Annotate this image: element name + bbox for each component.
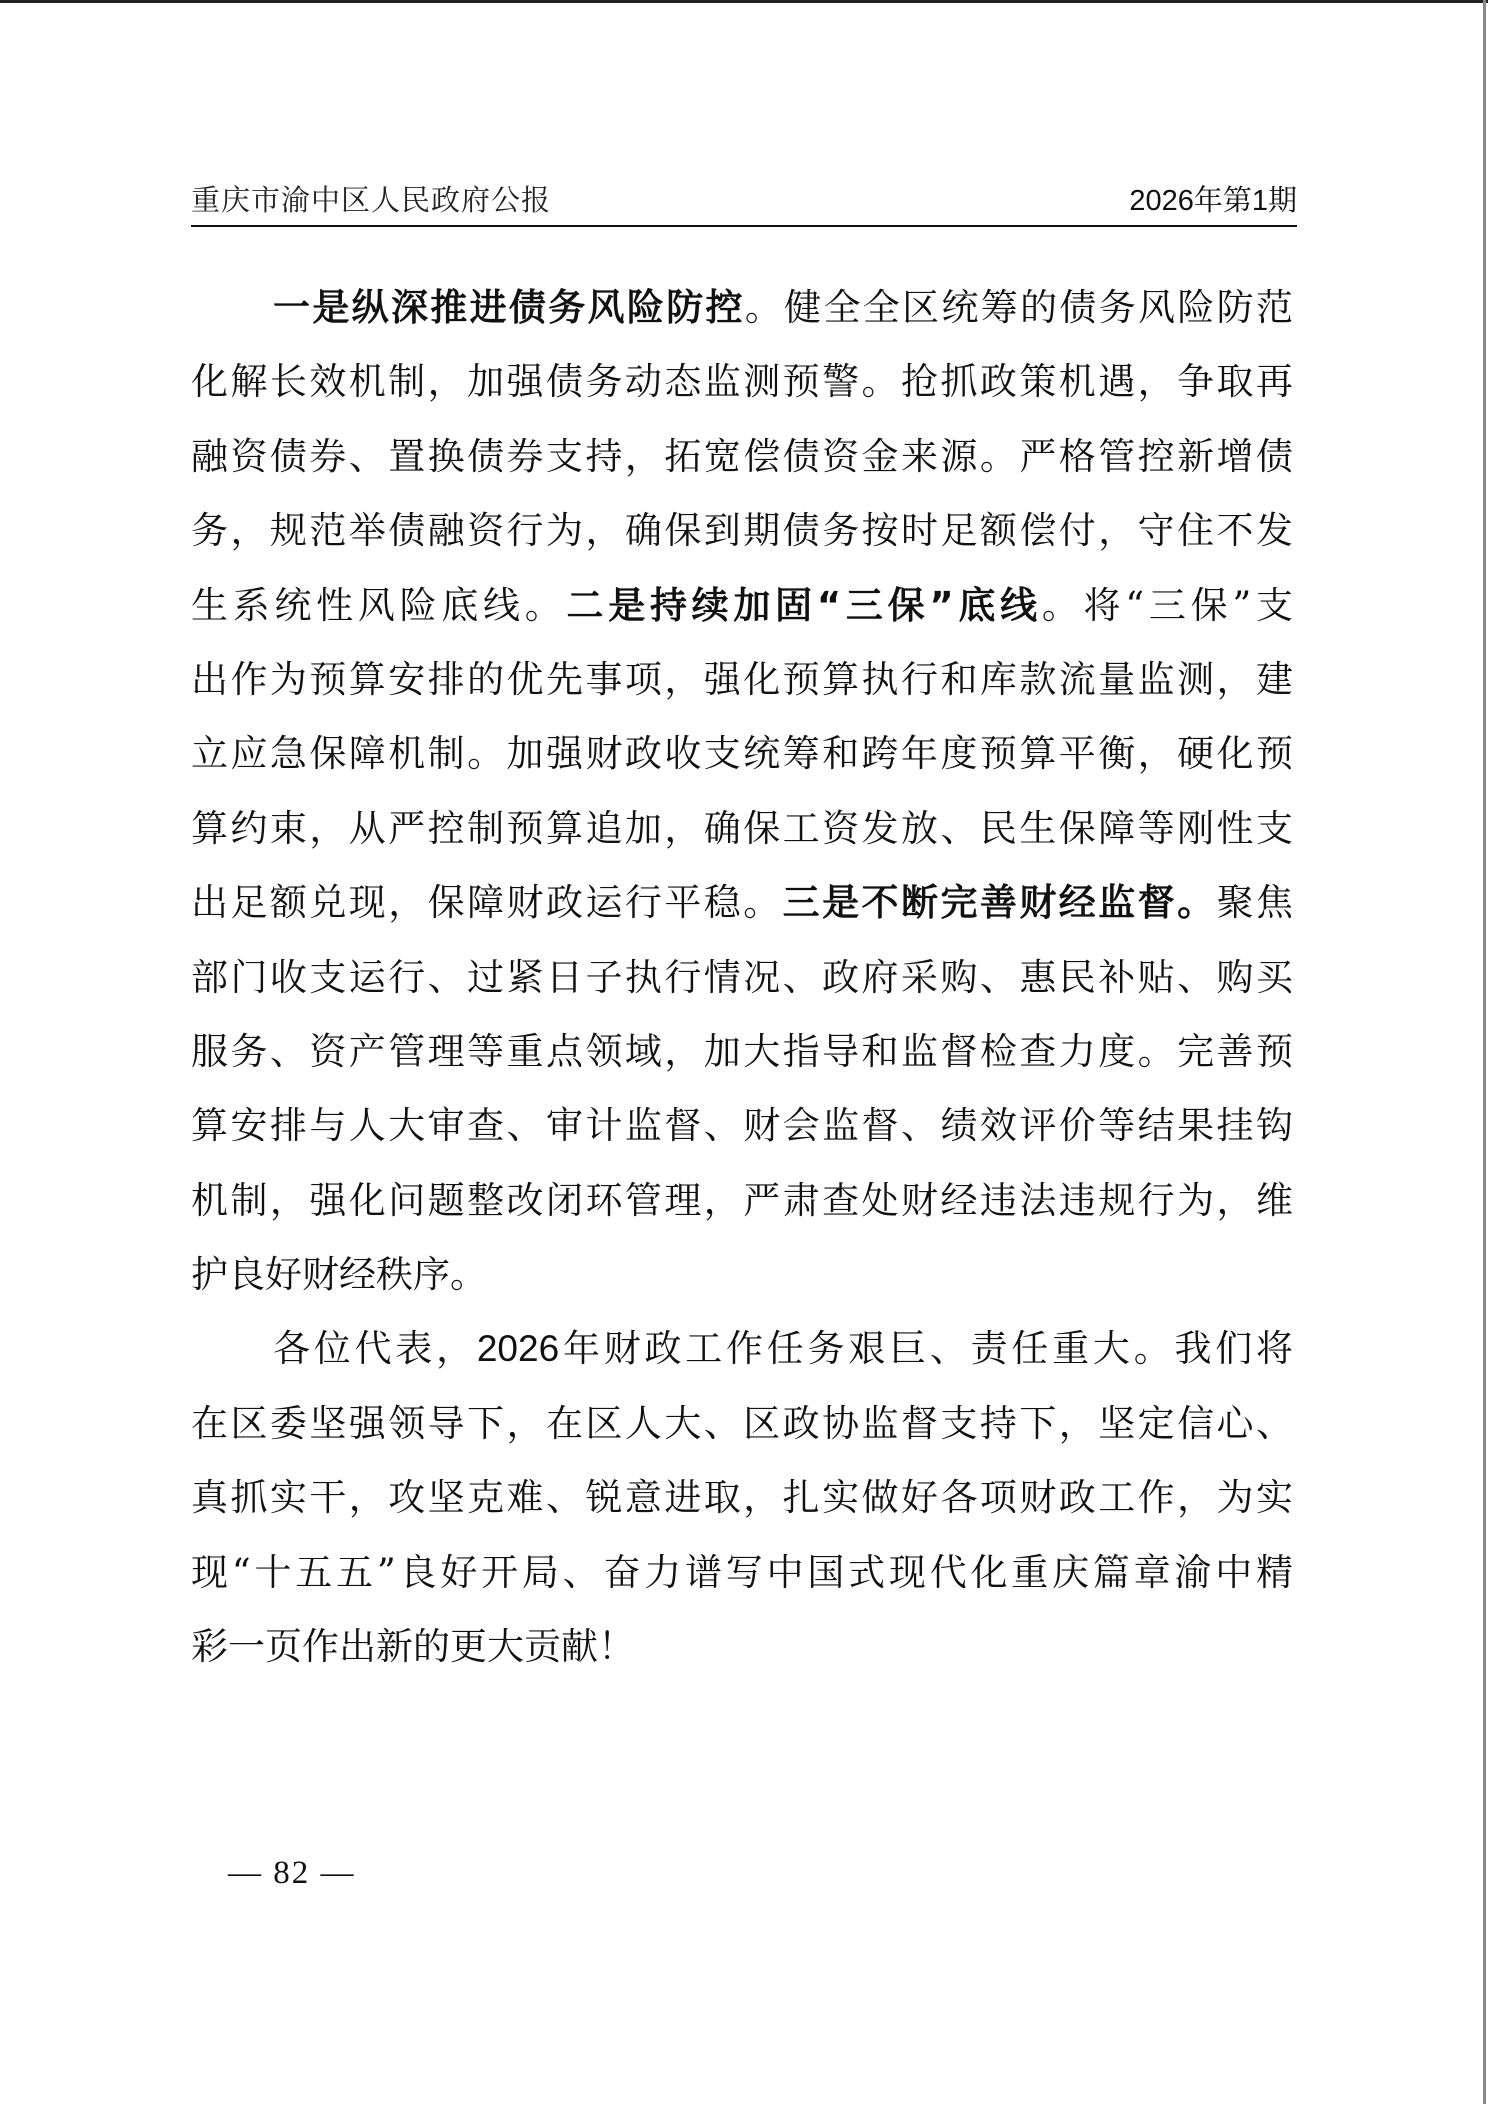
text-line: 出作为预算安排的优先事项，强化预算执行和库款流量监测，建 <box>191 657 1293 731</box>
text-line: 彩一页作出新的更大贡献！ <box>191 1624 1293 1698</box>
text-run: 立应急保障机制。加强财政收支统筹和跨年度预算平衡，硬化预 <box>191 732 1293 775</box>
text-run: 现“十五五”良好开局、奋力谱写中国式现代化重庆篇章渝中精 <box>191 1551 1293 1594</box>
paragraph: 一是纵深推进债务风险防控。健全全区统筹的债务风险防范化解长效机制，加强债务动态监… <box>191 285 1293 1326</box>
text-line: 算约束，从严控制预算追加，确保工资发放、民生保障等刚性支 <box>191 806 1293 880</box>
issue-label-mid: 年第 <box>1194 183 1252 217</box>
text-line: 出足额兑现，保障财政运行平稳。三是不断完善财经监督。聚焦 <box>191 880 1293 954</box>
text-run: 护良好财经秩序。 <box>191 1253 487 1296</box>
text-run: 出足额兑现，保障财政运行平稳。 <box>191 881 783 924</box>
text-run: 部门收支运行、过紧日子执行情况、政府采购、惠民补贴、购买 <box>191 956 1293 999</box>
text-line: 化解长效机制，加强债务动态监测预警。抢抓政策机遇，争取再 <box>191 359 1293 433</box>
text-line: 护良好财经秩序。 <box>191 1252 1293 1326</box>
text-line: 立应急保障机制。加强财政收支统筹和跨年度预算平衡，硬化预 <box>191 731 1293 805</box>
text-run: 2026 <box>477 1328 559 1369</box>
text-run: 算安排与人大审查、审计监督、财会监督、绩效评价等结果挂钩 <box>191 1104 1293 1147</box>
text-run: 年财政工作任务艰巨、责任重大。我们将 <box>559 1327 1293 1370</box>
issue-number: 1 <box>1252 185 1268 217</box>
text-run: 真抓实干，攻坚克难、锐意进取，扎实做好各项财政工作，为实 <box>191 1476 1293 1519</box>
page-top-border <box>0 0 1488 3</box>
text-run: 出作为预算安排的优先事项，强化预算执行和库款流量监测，建 <box>191 658 1293 701</box>
bold-heading-run: 二是持续加固“三保”底线 <box>567 584 1042 627</box>
text-run: 服务、资产管理等重点领域，加大指导和监督检查力度。完善预 <box>191 1030 1293 1073</box>
page-number: — 82 — <box>228 1855 356 1892</box>
text-run: 生系统性风险底线。 <box>191 584 567 627</box>
text-line: 服务、资产管理等重点领域，加大指导和监督检查力度。完善预 <box>191 1029 1293 1103</box>
issue-label-end: 期 <box>1268 183 1297 217</box>
paragraph: 各位代表，2026年财政工作任务艰巨、责任重大。我们将在区委坚强领导下，在区人大… <box>191 1326 1293 1698</box>
text-line: 算安排与人大审查、审计监督、财会监督、绩效评价等结果挂钩 <box>191 1103 1293 1177</box>
text-line: 现“十五五”良好开局、奋力谱写中国式现代化重庆篇章渝中精 <box>191 1550 1293 1624</box>
issue-year: 2026 <box>1129 185 1194 217</box>
text-line: 各位代表，2026年财政工作任务艰巨、责任重大。我们将 <box>191 1326 1293 1400</box>
issue-label: 2026年第1期 <box>1129 178 1297 219</box>
text-run: 彩一页作出新的更大贡献！ <box>191 1625 635 1668</box>
text-run: 。将“三保”支 <box>1042 584 1293 627</box>
text-run: 聚焦 <box>1217 881 1293 924</box>
text-run: 务，规范举债融资行为，确保到期债务按时足额偿付，守住不发 <box>191 509 1293 552</box>
text-run: 机制，强化问题整改闭环管理，严肃查处财经违法违规行为，维 <box>191 1179 1293 1222</box>
bold-heading-run: 一是纵深推进债务风险防控 <box>273 286 745 329</box>
bold-heading-run: 三是不断完善财经监督。 <box>783 881 1217 924</box>
text-line: 真抓实干，攻坚克难、锐意进取，扎实做好各项财政工作，为实 <box>191 1475 1293 1549</box>
text-line: 务，规范举债融资行为，确保到期债务按时足额偿付，守住不发 <box>191 508 1293 582</box>
text-run: 各位代表， <box>273 1327 477 1370</box>
document-body: 一是纵深推进债务风险防控。健全全区统筹的债务风险防范化解长效机制，加强债务动态监… <box>191 285 1293 1698</box>
text-line: 在区委坚强领导下，在区人大、区政协监督支持下，坚定信心、 <box>191 1401 1293 1475</box>
text-line: 机制，强化问题整改闭环管理，严肃查处财经违法违规行为，维 <box>191 1178 1293 1252</box>
text-line: 一是纵深推进债务风险防控。健全全区统筹的债务风险防范 <box>191 285 1293 359</box>
text-run: 化解长效机制，加强债务动态监测预警。抢抓政策机遇，争取再 <box>191 360 1293 403</box>
text-line: 生系统性风险底线。二是持续加固“三保”底线。将“三保”支 <box>191 583 1293 657</box>
header-divider <box>191 225 1297 227</box>
text-line: 部门收支运行、过紧日子执行情况、政府采购、惠民补贴、购买 <box>191 955 1293 1029</box>
text-run: 融资债券、置换债券支持，拓宽偿债资金来源。严格管控新增债 <box>191 435 1293 478</box>
page-right-border <box>1483 0 1486 2104</box>
text-run: 。健全全区统筹的债务风险防范 <box>745 286 1293 329</box>
running-header: 重庆市渝中区人民政府公报 2026年第1期 <box>191 178 1297 218</box>
publication-title: 重庆市渝中区人民政府公报 <box>191 178 551 219</box>
text-run: 算约束，从严控制预算追加，确保工资发放、民生保障等刚性支 <box>191 807 1293 850</box>
text-line: 融资债券、置换债券支持，拓宽偿债资金来源。严格管控新增债 <box>191 434 1293 508</box>
text-run: 在区委坚强领导下，在区人大、区政协监督支持下，坚定信心、 <box>191 1402 1293 1445</box>
